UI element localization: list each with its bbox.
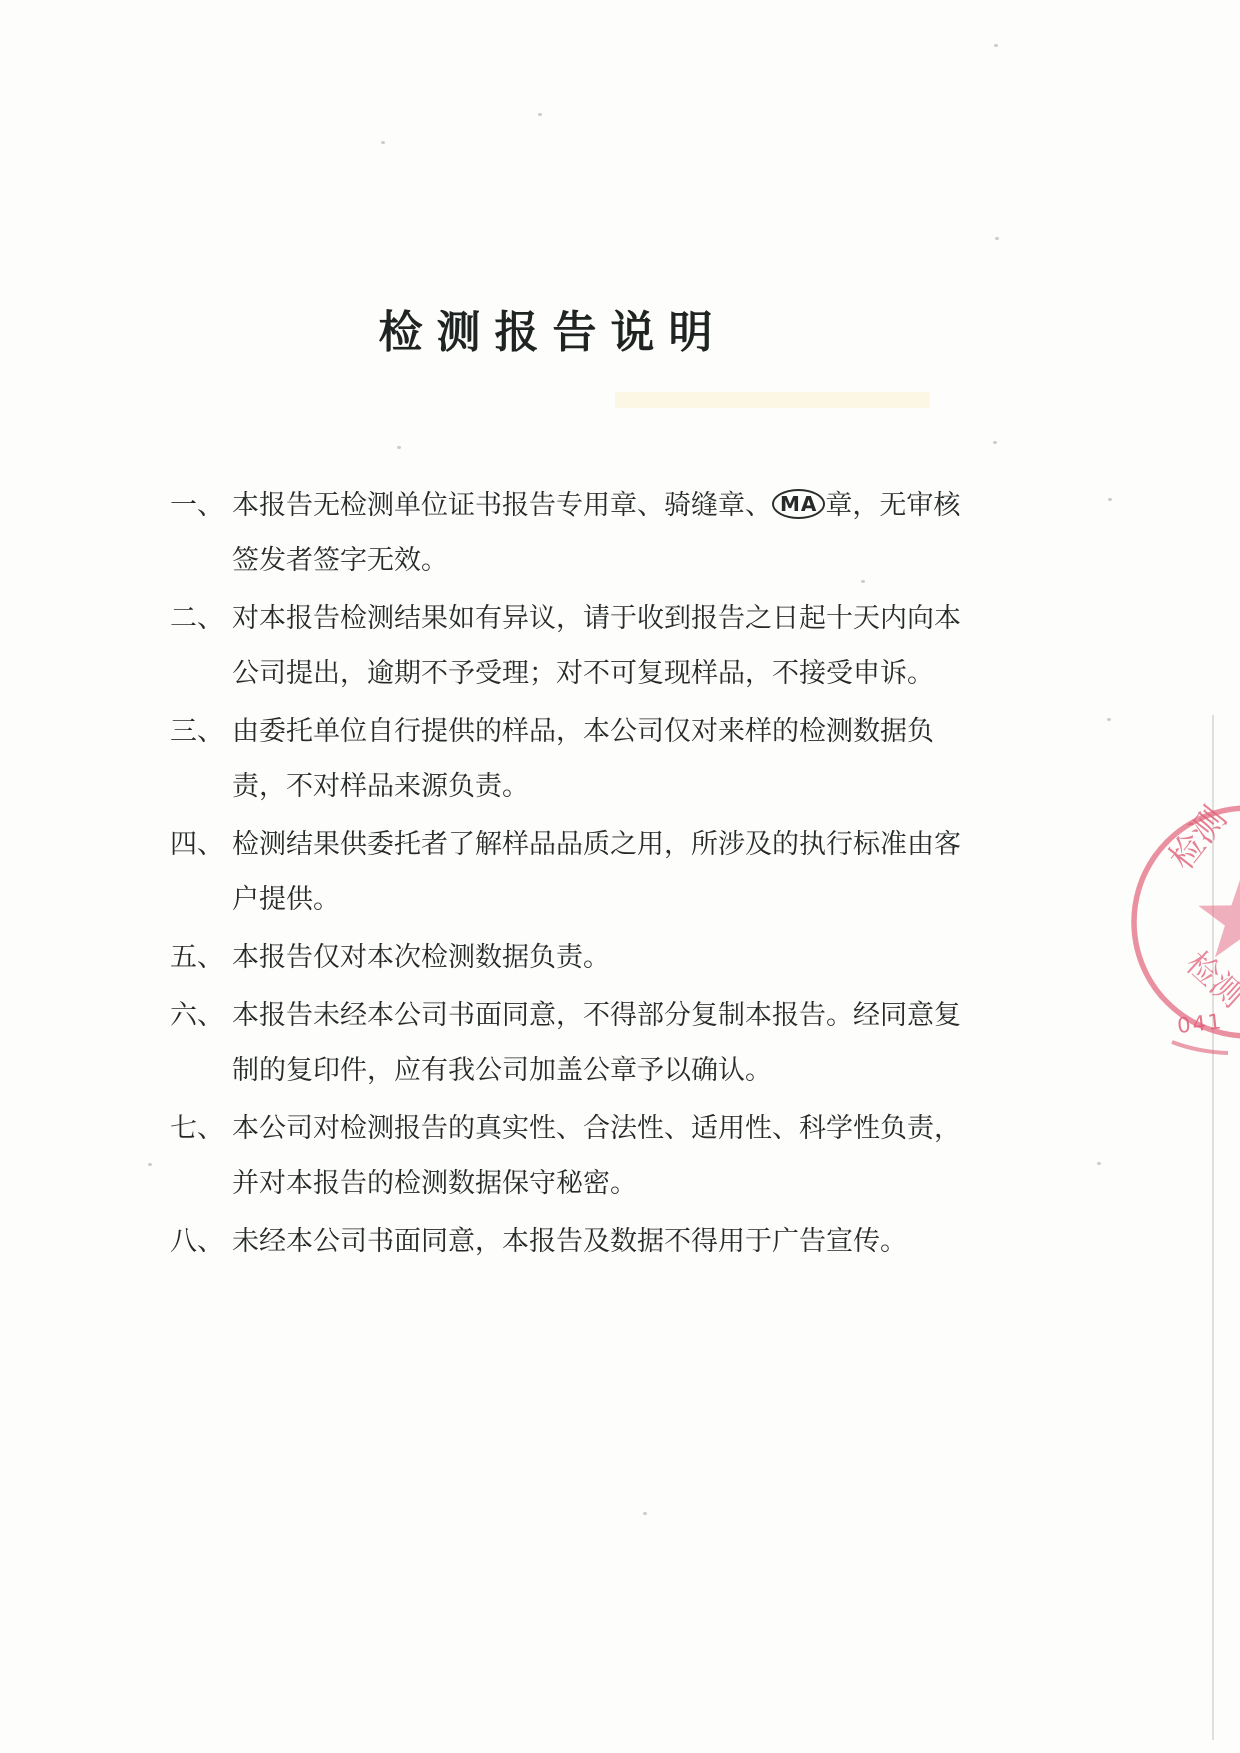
scan-speck: [381, 141, 385, 144]
stamp-arc-text-lower: 检测: [1179, 944, 1240, 1015]
scan-speck: [397, 446, 401, 449]
item-text: 由委托单位自行提供的样品，本公司仅对来样的检测数据负责，不对样品来源负责。: [232, 704, 977, 814]
item-text: 检测结果供委托者了解样品品质之用，所涉及的执行标准由客户提供。: [232, 817, 977, 927]
item-number: 二、: [170, 591, 232, 646]
item-number: 四、: [170, 817, 232, 872]
item-text-segment: 本报告无检测单位证书报告专用章、骑缝章、: [232, 490, 772, 521]
item-text: 未经本公司书面同意，本报告及数据不得用于广告宣传。: [232, 1214, 977, 1269]
scanned-report-page: 检测报告说明 一、 本报告无检测单位证书报告专用章、骑缝章、MA章，无审核签发者…: [0, 0, 1240, 1753]
item-text: 本公司对检测报告的真实性、合法性、适用性、科学性负责，并对本报告的检测数据保守秘…: [232, 1101, 977, 1211]
scan-speck: [538, 113, 542, 116]
item-number: 五、: [170, 930, 232, 985]
scan-speck: [643, 1512, 647, 1515]
report-note-item-2: 二、 对本报告检测结果如有异议，请于收到报告之日起十天内向本公司提出，逾期不予受…: [170, 591, 977, 701]
report-note-item-3: 三、 由委托单位自行提供的样品，本公司仅对来样的检测数据负责，不对样品来源负责。: [170, 704, 977, 814]
scan-speck: [994, 44, 998, 47]
report-note-item-7: 七、 本公司对检测报告的真实性、合法性、适用性、科学性负责，并对本报告的检测数据…: [170, 1101, 977, 1211]
item-number: 三、: [170, 704, 232, 759]
item-number: 八、: [170, 1214, 232, 1269]
report-note-item-4: 四、 检测结果供委托者了解样品品质之用，所涉及的执行标准由客户提供。: [170, 817, 977, 927]
item-text: 本报告仅对本次检测数据负责。: [232, 930, 977, 985]
scan-speck: [148, 1163, 152, 1166]
stamp-bottom-arc: [1172, 1042, 1228, 1053]
scan-speck: [995, 237, 999, 240]
stamp-digits: 041: [1176, 1009, 1224, 1038]
report-note-item-6: 六、 本报告未经本公司书面同意，不得部分复制本报告。经同意复制的复印件，应有我公…: [170, 988, 977, 1098]
scan-speck: [1097, 1162, 1101, 1165]
item-number: 七、: [170, 1101, 232, 1156]
report-note-item-8: 八、 未经本公司书面同意，本报告及数据不得用于广告宣传。: [170, 1214, 977, 1269]
scan-speck: [993, 441, 997, 444]
page-title: 检测报告说明: [170, 296, 935, 360]
report-notes-list: 一、 本报告无检测单位证书报告专用章、骑缝章、MA章，无审核签发者签字无效。 二…: [170, 478, 977, 1272]
report-note-item-5: 五、 本报告仅对本次检测数据负责。: [170, 930, 977, 985]
item-text: 本报告无检测单位证书报告专用章、骑缝章、MA章，无审核签发者签字无效。: [232, 478, 977, 588]
report-note-item-1: 一、 本报告无检测单位证书报告专用章、骑缝章、MA章，无审核签发者签字无效。: [170, 478, 977, 588]
scan-speck: [1108, 498, 1112, 501]
red-approval-stamp-icon: 检测 检测 041: [1128, 790, 1240, 1060]
scan-speck: [861, 580, 865, 583]
item-text: 对本报告检测结果如有异议，请于收到报告之日起十天内向本公司提出，逾期不予受理；对…: [232, 591, 977, 701]
item-number: 一、: [170, 478, 232, 533]
scan-speck: [1107, 718, 1111, 721]
cma-mark: MA: [772, 489, 825, 519]
item-text: 本报告未经本公司书面同意，不得部分复制本报告。经同意复制的复印件，应有我公司加盖…: [232, 988, 977, 1098]
item-number: 六、: [170, 988, 232, 1043]
scan-highlight-band: [615, 392, 930, 408]
